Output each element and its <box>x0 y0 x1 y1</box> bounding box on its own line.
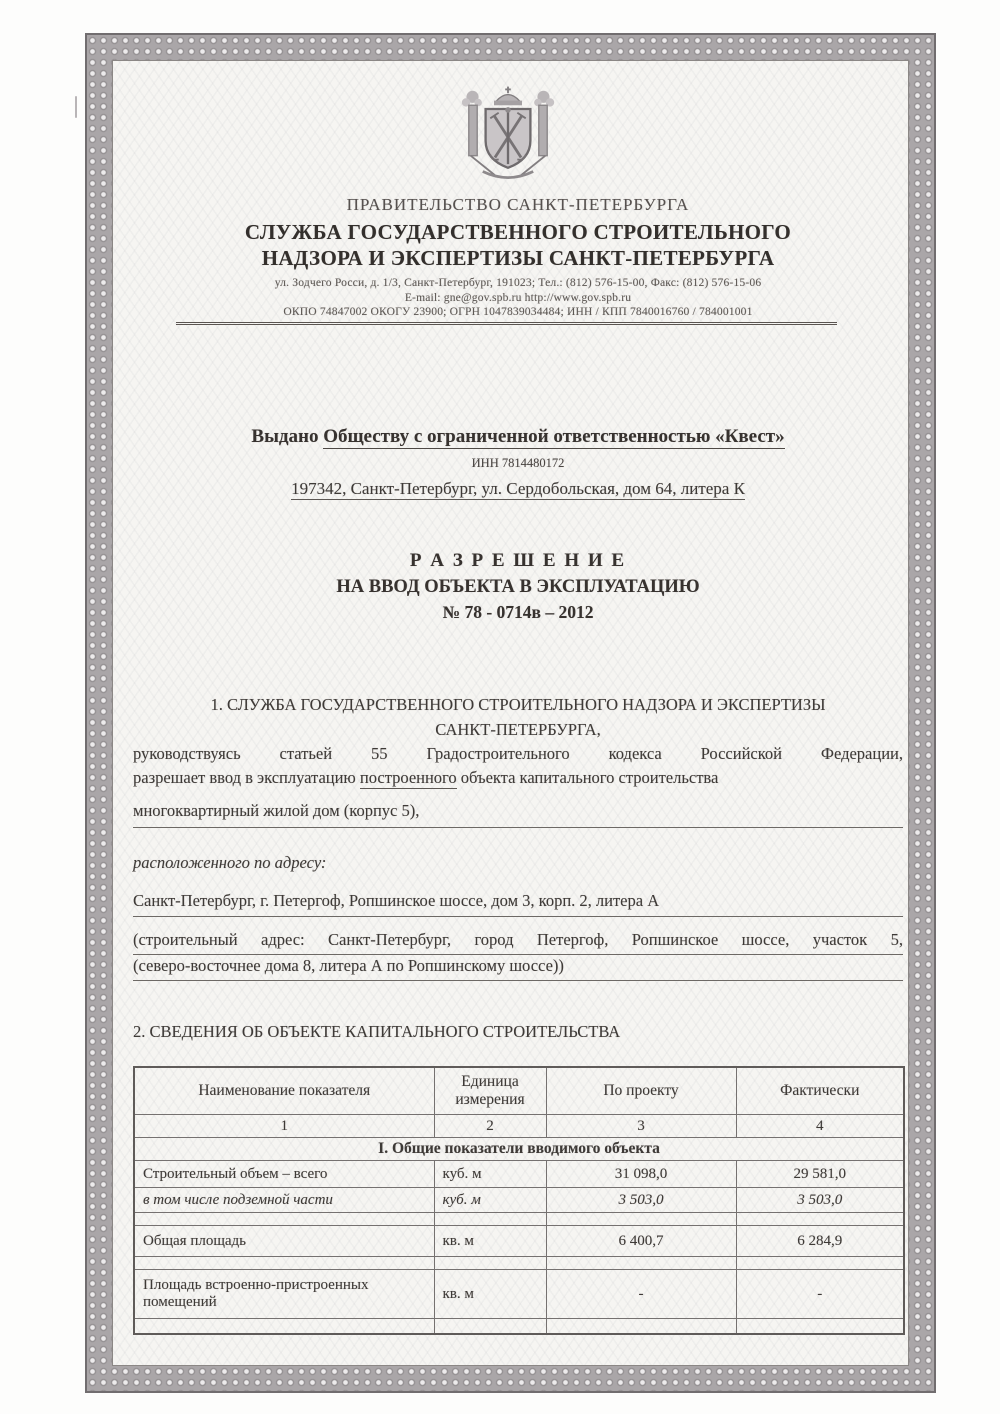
issued-to-line: Выдано Обществу с ограниченной ответстве… <box>133 426 903 448</box>
government-title: ПРАВИТЕЛЬСТВО САНКТ-ПЕТЕРБУРГА <box>133 195 903 215</box>
agency-contacts: E-mail: gne@gov.spb.ru http://www.gov.sp… <box>133 292 903 304</box>
object-address-line: Санкт-Петербург, г. Петергоф, Ропшинское… <box>133 891 903 917</box>
permit-number: № 78 - 0714в – 2012 <box>133 602 903 623</box>
construction-address-line2: (северо-восточнее дома 8, литера А по Ро… <box>133 956 903 981</box>
permit-title: Р А З Р Е Ш Е Н И Е <box>133 550 903 572</box>
cell-actual: 3 503,0 <box>736 1188 904 1213</box>
cell-project: 31 098,0 <box>546 1161 736 1188</box>
issued-label: Выдано <box>251 426 323 447</box>
cell-project: 6 400,7 <box>546 1226 736 1257</box>
recipient-address-line: 197342, Санкт-Петербург, ул. Сердобольск… <box>133 479 903 499</box>
col-number: 1 <box>134 1115 434 1138</box>
table-row-empty <box>134 1319 904 1335</box>
body-line2-post: объекта капитального строительства <box>457 768 719 787</box>
cell-unit: куб. м <box>434 1188 546 1213</box>
col-number: 2 <box>434 1115 546 1138</box>
recipient-name: Обществу с ограниченной ответственностью… <box>323 426 784 449</box>
section1-body-line1: руководствуясь статьей 55 Градостроитель… <box>133 744 903 764</box>
recipient-address: 197342, Санкт-Петербург, ул. Сердобольск… <box>291 479 745 500</box>
header-rule <box>176 322 837 325</box>
construction-address-line1: (строительный адрес: Санкт-Петербург, го… <box>133 930 903 955</box>
header-actual: Фактически <box>736 1067 904 1115</box>
located-at-label: расположенного по адресу: <box>133 853 903 873</box>
cell-name: Строительный объем – всего <box>134 1161 434 1188</box>
cell-unit: куб. м <box>434 1161 546 1188</box>
cell-project: - <box>546 1270 736 1319</box>
cell-actual: - <box>736 1270 904 1319</box>
header-project: По проекту <box>546 1067 736 1115</box>
table-row: Строительный объем – всего куб. м 31 098… <box>134 1161 904 1188</box>
col-number: 4 <box>736 1115 904 1138</box>
cell-actual: 29 581,0 <box>736 1161 904 1188</box>
section1-heading-line1: 1. СЛУЖБА ГОСУДАРСТВЕННОГО СТРОИТЕЛЬНОГО… <box>133 695 903 715</box>
object-name-line: многоквартирный жилой дом (корпус 5), <box>133 801 903 828</box>
table-row: Площадь встроенно-пристроенных помещений… <box>134 1270 904 1319</box>
table-row: в том числе подземной части куб. м 3 503… <box>134 1188 904 1213</box>
cell-unit: кв. м <box>434 1226 546 1257</box>
scanned-permit-document: ПРАВИТЕЛЬСТВО САНКТ-ПЕТЕРБУРГА СЛУЖБА ГО… <box>0 0 1000 1414</box>
section1-heading-line2: САНКТ-ПЕТЕРБУРГА, <box>133 720 903 740</box>
table-section-title: I. Общие показатели вводимого объекта <box>134 1138 904 1161</box>
agency-name-line2: НАДЗОРА И ЭКСПЕРТИЗЫ САНКТ-ПЕТЕРБУРГА <box>133 246 903 271</box>
document-content: ПРАВИТЕЛЬСТВО САНКТ-ПЕТЕРБУРГА СЛУЖБА ГО… <box>0 0 1000 1414</box>
cell-name: Площадь встроенно-пристроенных помещений <box>134 1270 434 1319</box>
table-header-row: Наименование показателя Единица измерени… <box>134 1067 904 1115</box>
spb-coat-of-arms-icon <box>452 80 564 194</box>
cell-name: в том числе подземной части <box>134 1188 434 1213</box>
cell-project: 3 503,0 <box>546 1188 736 1213</box>
column-number-row: 1 2 3 4 <box>134 1115 904 1138</box>
cell-unit: кв. м <box>434 1270 546 1319</box>
details-table: Наименование показателя Единица измерени… <box>133 1066 905 1335</box>
table-row-empty <box>134 1257 904 1270</box>
header-unit: Единица измерения <box>434 1067 546 1115</box>
table-row: Общая площадь кв. м 6 400,7 6 284,9 <box>134 1226 904 1257</box>
section1-body-line2: разрешает ввод в эксплуатацию построенно… <box>133 768 903 788</box>
body-line2-pre: разрешает ввод в эксплуатацию <box>133 768 360 787</box>
permit-subtitle: НА ВВОД ОБЪЕКТА В ЭКСПЛУАТАЦИЮ <box>133 577 903 598</box>
recipient-inn: ИНН 7814480172 <box>133 456 903 471</box>
cell-name: Общая площадь <box>134 1226 434 1257</box>
cell-actual: 6 284,9 <box>736 1226 904 1257</box>
agency-codes: ОКПО 74847002 ОКОГУ 23900; ОГРН 10478390… <box>133 306 903 318</box>
table-section-row: I. Общие показатели вводимого объекта <box>134 1138 904 1161</box>
table-row-empty <box>134 1213 904 1226</box>
agency-address: ул. Зодчего Росси, д. 1/3, Санкт-Петербу… <box>133 277 903 289</box>
underlined-built-word: построенного <box>360 768 457 789</box>
agency-name-line1: СЛУЖБА ГОСУДАРСТВЕННОГО СТРОИТЕЛЬНОГО <box>133 220 903 245</box>
header-name: Наименование показателя <box>134 1067 434 1115</box>
section2-heading: 2. СВЕДЕНИЯ ОБ ОБЪЕКТЕ КАПИТАЛЬНОГО СТРО… <box>133 1022 903 1042</box>
col-number: 3 <box>546 1115 736 1138</box>
